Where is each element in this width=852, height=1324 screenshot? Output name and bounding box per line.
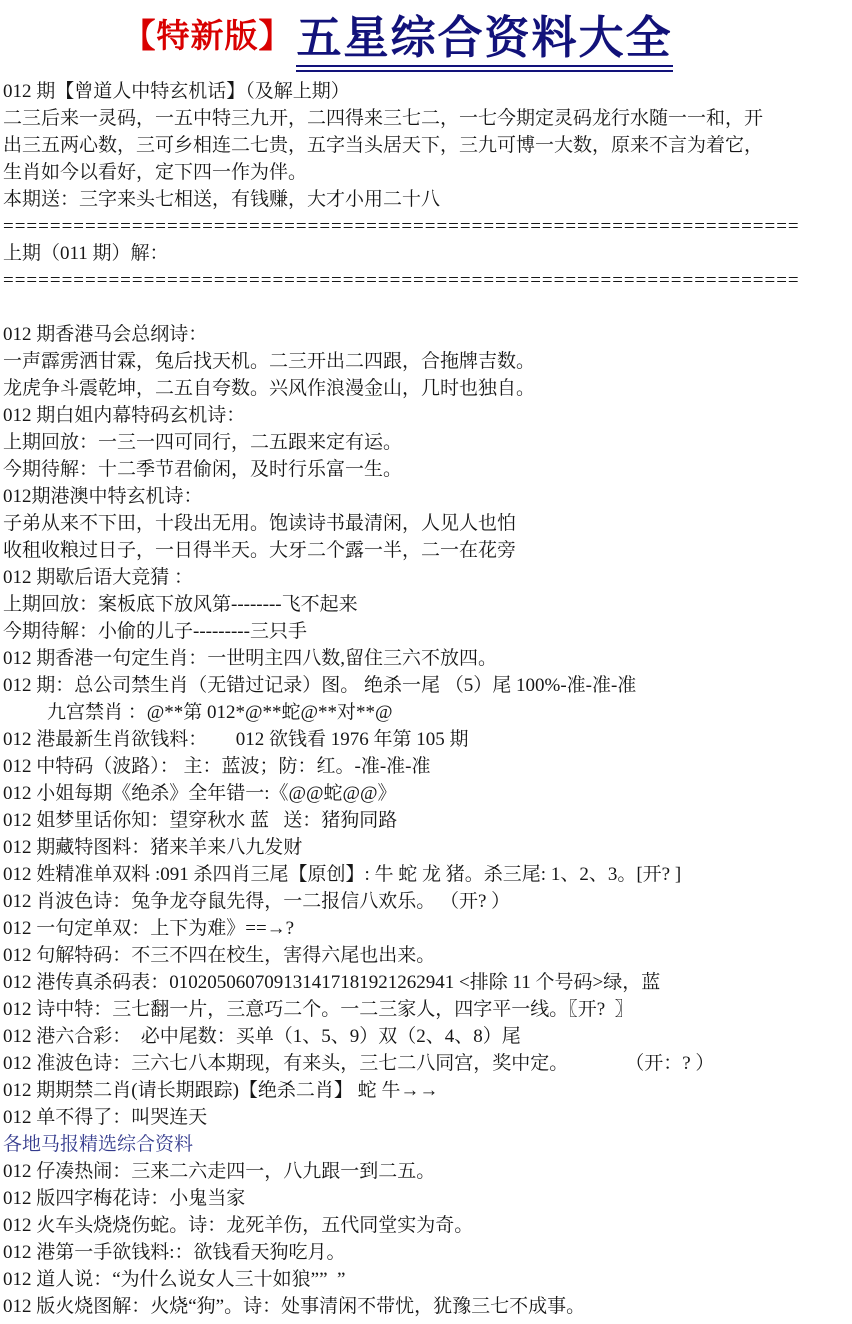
text-line: 本期送：三字来头七相送，有钱赚，大才小用二十八 bbox=[3, 186, 852, 213]
text-line: 012 期香港一句定生肖：一世明主四八数,留住三六不放四。 bbox=[3, 645, 852, 672]
text-line: 二三后来一灵码，一五中特三九开，二四得来三七二，一七今期定灵码龙行水随一一和，开 bbox=[3, 105, 852, 132]
text-line: 012 句解特码：不三不四在校生，害得六尾也出来。 bbox=[3, 942, 852, 969]
text-line: 012 港传真杀码表：01020506070913141718192126294… bbox=[3, 969, 852, 996]
text-line: 各地马报精选综合资料 bbox=[3, 1131, 852, 1158]
text-line: 012 仔凑热闹：三来二六走四一，八九跟一到二五。 bbox=[3, 1158, 852, 1185]
document-body: 012 期【曾道人中特玄机话】（及解上期）二三后来一灵码，一五中特三九开，二四得… bbox=[3, 78, 852, 1320]
text-line: 012 期：总公司禁生肖（无错过记录）图。 绝杀一尾 （5）尾 100%-准-准… bbox=[3, 672, 852, 699]
separator-line: ========================================… bbox=[3, 267, 852, 294]
text-line: 上期（011 期）解： bbox=[3, 240, 852, 267]
text-line: 收租收粮过日子，一日得半天。大牙二个露一半，二一在花旁 bbox=[3, 537, 852, 564]
text-line: 012 期期禁二肖(请长期跟踪)【绝杀二肖】 蛇 牛→→ bbox=[3, 1077, 852, 1104]
text-line: 012 版四字梅花诗：小鬼当家 bbox=[3, 1185, 852, 1212]
text-line: 012 期藏特图料：猪来羊来八九发财 bbox=[3, 834, 852, 861]
text-line: 012 小姐每期《绝杀》全年错一:《@@蛇@@》 bbox=[3, 780, 852, 807]
text-line: 上期回放：一三一四可同行，二五跟来定有运。 bbox=[3, 429, 852, 456]
text-line: 012 姐梦里话你知：望穿秋水 蓝 送：猪狗同路 bbox=[3, 807, 852, 834]
text-line: 一声霹雳洒甘霖，兔后找天机。二三开出二四跟，合拖牌吉数。 bbox=[3, 348, 852, 375]
version-badge: 【特新版】 bbox=[122, 19, 292, 55]
text-line: 012 港第一手欲钱料:：欲钱看天狗吃月。 bbox=[3, 1239, 852, 1266]
text-line: 012 准波色诗：三六七八本期现，有来头，三七二八同宫，奖中定。 （开：? ） bbox=[3, 1050, 852, 1077]
text-line: 012 港最新生肖欲钱料： 012 欲钱看 1976 年第 105 期 bbox=[3, 726, 852, 753]
text-line: 龙虎争斗震乾坤，二五自夸数。兴风作浪漫金山，几时也独自。 bbox=[3, 375, 852, 402]
text-line: 012 港六合彩： 必中尾数：买单（1、5、9）双（2、4、8）尾 bbox=[3, 1023, 852, 1050]
text-line: 012 期歇后语大竞猜 ： bbox=[3, 564, 852, 591]
text-line: 今期待解：小偷的儿子---------三只手 bbox=[3, 618, 852, 645]
text-line: 012 期白姐内幕特码玄机诗： bbox=[3, 402, 852, 429]
blank-line bbox=[3, 294, 852, 321]
text-line: 012 火车头烧烧伤蛇。诗：龙死羊伤，五代同堂实为奇。 bbox=[3, 1212, 852, 1239]
text-line: 上期回放：案板底下放风第--------飞不起来 bbox=[3, 591, 852, 618]
text-line: 012 肖波色诗：兔争龙夺鼠先得，一二报信八欢乐。 （开? ） bbox=[3, 888, 852, 915]
text-line: 012 单不得了：叫哭连天 bbox=[3, 1104, 852, 1131]
text-line: 012 期香港马会总纲诗： bbox=[3, 321, 852, 348]
text-line: 012 期【曾道人中特玄机话】（及解上期） bbox=[3, 78, 852, 105]
text-line: 012 中特码（波路）： 主：蓝波；防：红。-准-准-准 bbox=[3, 753, 852, 780]
document-page: 【特新版】 五星综合资料大全 012 期【曾道人中特玄机话】（及解上期）二三后来… bbox=[0, 0, 852, 1320]
page-title: 五星综合资料大全 bbox=[296, 14, 672, 72]
text-line: 生肖如今以看好，定下四一作为伴。 bbox=[3, 159, 852, 186]
text-line: 今期待解：十二季节君偷闲，及时行乐富一生。 bbox=[3, 456, 852, 483]
text-line: 九宫禁肖 ：@**第 012*@**蛇@**对**@ bbox=[3, 699, 852, 726]
text-line: 子弟从来不下田，十段出无用。饱读诗书最清闲，人见人也怕 bbox=[3, 510, 852, 537]
document-header: 【特新版】 五星综合资料大全 bbox=[3, 8, 852, 78]
text-line: 012 诗中特：三七翻一片，三意巧二个。一二三家人，四字平一线。〖开? 〗 bbox=[3, 996, 852, 1023]
text-line: 出三五两心数，三可乡相连二七贵，五字当头居天下，三九可博一大数，原来不言为着它， bbox=[3, 132, 852, 159]
text-line: 012 版火烧图解：火烧“狗”。诗：处事清闲不带忧，犹豫三七不成事。 bbox=[3, 1293, 852, 1320]
text-line: 012 姓精准单双料 :091 杀四肖三尾【原创】: 牛 蛇 龙 猪。杀三尾: … bbox=[3, 861, 852, 888]
separator-line: ========================================… bbox=[3, 213, 852, 240]
text-line: 012 一句定单双：上下为难》==→? bbox=[3, 915, 852, 942]
text-line: 012期港澳中特玄机诗： bbox=[3, 483, 852, 510]
text-line: 012 道人说：“为什么说女人三十如狼”” ” bbox=[3, 1266, 852, 1293]
